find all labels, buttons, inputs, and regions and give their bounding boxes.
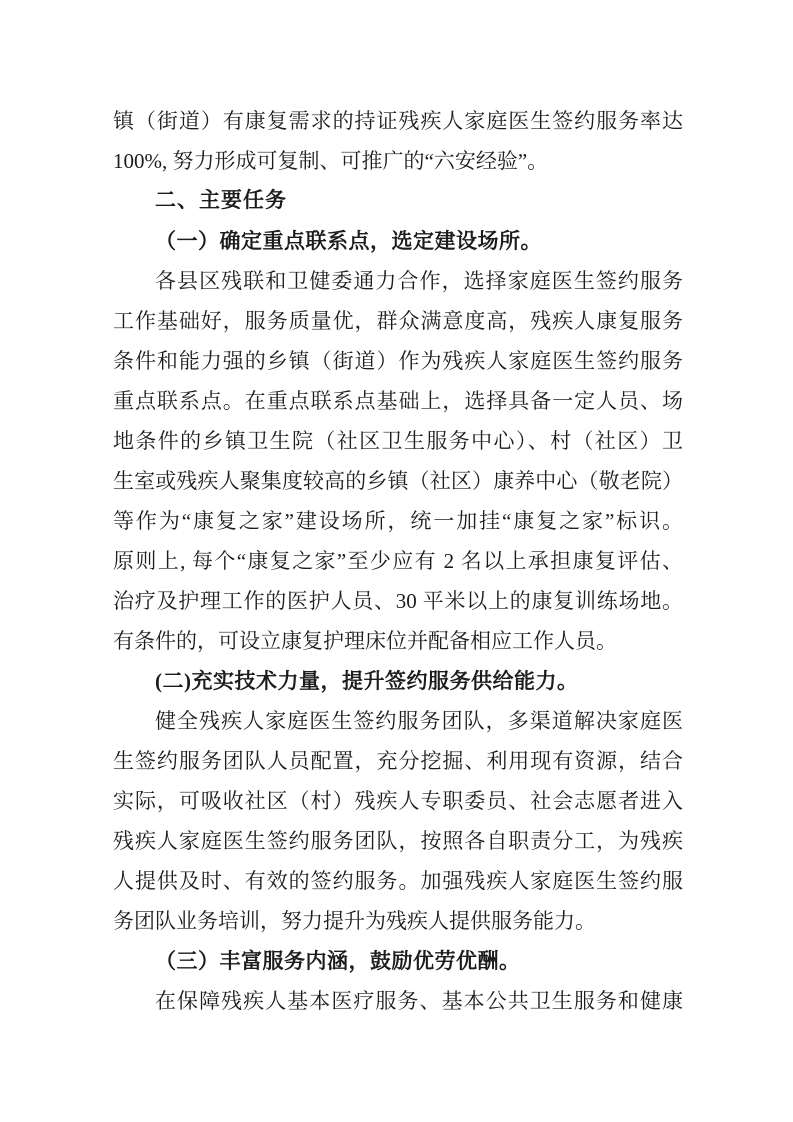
document-text-block: 镇（街道）有康复需求的持证残疾人家庭医生签约服务率达 100%, 努力形成可复制…	[113, 101, 683, 1021]
text-line: 在保障残疾人基本医疗服务、基本公共卫生服务和健康	[113, 981, 683, 1021]
text-line: 原则上, 每个“康复之家”至少应有 2 名以上承担康复评估、	[113, 541, 683, 581]
text-line: 生签约服务团队人员配置，充分挖掘、利用现有资源，结合	[113, 741, 683, 781]
text-line: 镇（街道）有康复需求的持证残疾人家庭医生签约服务率达	[113, 101, 683, 141]
text-line: 100%, 努力形成可复制、可推广的“六安经验”。	[113, 141, 683, 181]
section-heading: 二、主要任务	[113, 181, 683, 221]
text-line: 工作基础好，服务质量优，群众满意度高，残疾人康复服务	[113, 301, 683, 341]
text-line: 重点联系点。在重点联系点基础上，选择具备一定人员、场	[113, 381, 683, 421]
text-line: 生室或残疾人聚集度较高的乡镇（社区）康养中心（敬老院）	[113, 461, 683, 501]
text-line: 残疾人家庭医生签约服务团队，按照各自职责分工，为残疾	[113, 821, 683, 861]
text-line: 条件和能力强的乡镇（街道）作为残疾人家庭医生签约服务	[113, 341, 683, 381]
text-line: 有条件的，可设立康复护理床位并配备相应工作人员。	[113, 621, 683, 661]
section-heading: （一）确定重点联系点，选定建设场所。	[113, 221, 683, 261]
text-line: 等作为“康复之家”建设场所，统一加挂“康复之家”标识。	[113, 501, 683, 541]
section-heading: （三）丰富服务内涵，鼓励优劳优酬。	[113, 941, 683, 981]
document-page: 镇（街道）有康复需求的持证残疾人家庭医生签约服务率达 100%, 努力形成可复制…	[0, 0, 793, 1122]
section-heading: (二)充实技术力量，提升签约服务供给能力。	[113, 661, 683, 701]
text-line: 人提供及时、有效的签约服务。加强残疾人家庭医生签约服	[113, 861, 683, 901]
text-line: 各县区残联和卫健委通力合作，选择家庭医生签约服务	[113, 261, 683, 301]
text-line: 治疗及护理工作的医护人员、30 平米以上的康复训练场地。	[113, 581, 683, 621]
text-line: 实际，可吸收社区（村）残疾人专职委员、社会志愿者进入	[113, 781, 683, 821]
text-line: 务团队业务培训，努力提升为残疾人提供服务能力。	[113, 901, 683, 941]
text-line: 地条件的乡镇卫生院（社区卫生服务中心）、村（社区）卫	[113, 421, 683, 461]
text-line: 健全残疾人家庭医生签约服务团队，多渠道解决家庭医	[113, 701, 683, 741]
